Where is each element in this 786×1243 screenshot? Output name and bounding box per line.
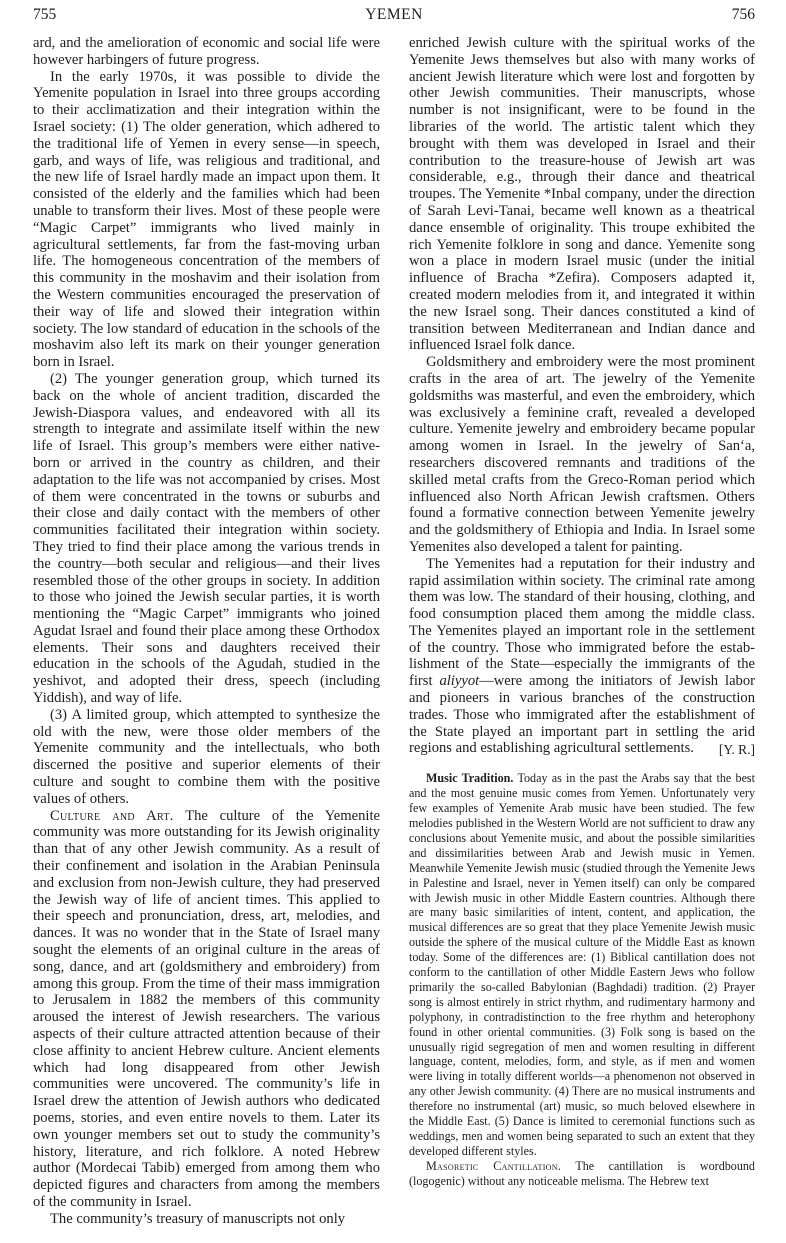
- paragraph-manuscripts-continued: enriched Jewish culture with the spiritu…: [409, 35, 755, 354]
- paragraph-three-groups: In the early 1970s, it was possible to d…: [33, 69, 380, 371]
- right-column: enriched Jewish culture with the spiritu…: [409, 35, 755, 1189]
- paragraph-continuation: ard, and the amelioration of economic an…: [33, 35, 380, 69]
- section-heading-culture-and-art: Culture and Art.: [50, 808, 174, 824]
- paragraph-goldsmithery: Goldsmithery and embroidery were the mos…: [409, 354, 755, 556]
- paragraph-culture-and-art: Culture and Art. The culture of the Yeme…: [33, 808, 380, 1211]
- music-tradition-section: Music Tradition. Today as in the past th…: [409, 771, 755, 1188]
- page-number-right: 756: [732, 4, 755, 26]
- running-head: 755 YEMEN 756: [33, 4, 755, 26]
- industry-text-a: The Yemenites had a reputation for their…: [409, 556, 755, 690]
- running-title: YEMEN: [33, 4, 755, 26]
- section-heading-music-tradition: Music Tradition.: [426, 771, 513, 785]
- italic-term-aliyyot: aliyyot: [439, 673, 479, 689]
- music-tradition-text: Today as in the past the Arabs say that …: [409, 771, 755, 1158]
- paragraph-music-tradition: Music Tradition. Today as in the past th…: [409, 771, 755, 1159]
- paragraph-masoretic-cantillation: Masoretic Cantillation. The cantillation…: [409, 1159, 755, 1189]
- paragraph-younger-generation: (2) The younger generation group, which …: [33, 371, 380, 707]
- paragraph-industry: The Yemenites had a reputation for their…: [409, 556, 755, 758]
- paragraph-limited-group: (3) A limited group, which attempted to …: [33, 707, 380, 808]
- paragraph-manuscripts: The community’s treasury of manuscripts …: [33, 1211, 380, 1228]
- left-column: ard, and the amelioration of economic an…: [33, 35, 380, 1228]
- author-signature: [Y. R.]: [702, 742, 755, 759]
- section-heading-masoretic-cantillation: Masoretic Cantillation.: [426, 1159, 561, 1173]
- culture-and-art-text: The culture of the Yemenite community wa…: [33, 808, 380, 1210]
